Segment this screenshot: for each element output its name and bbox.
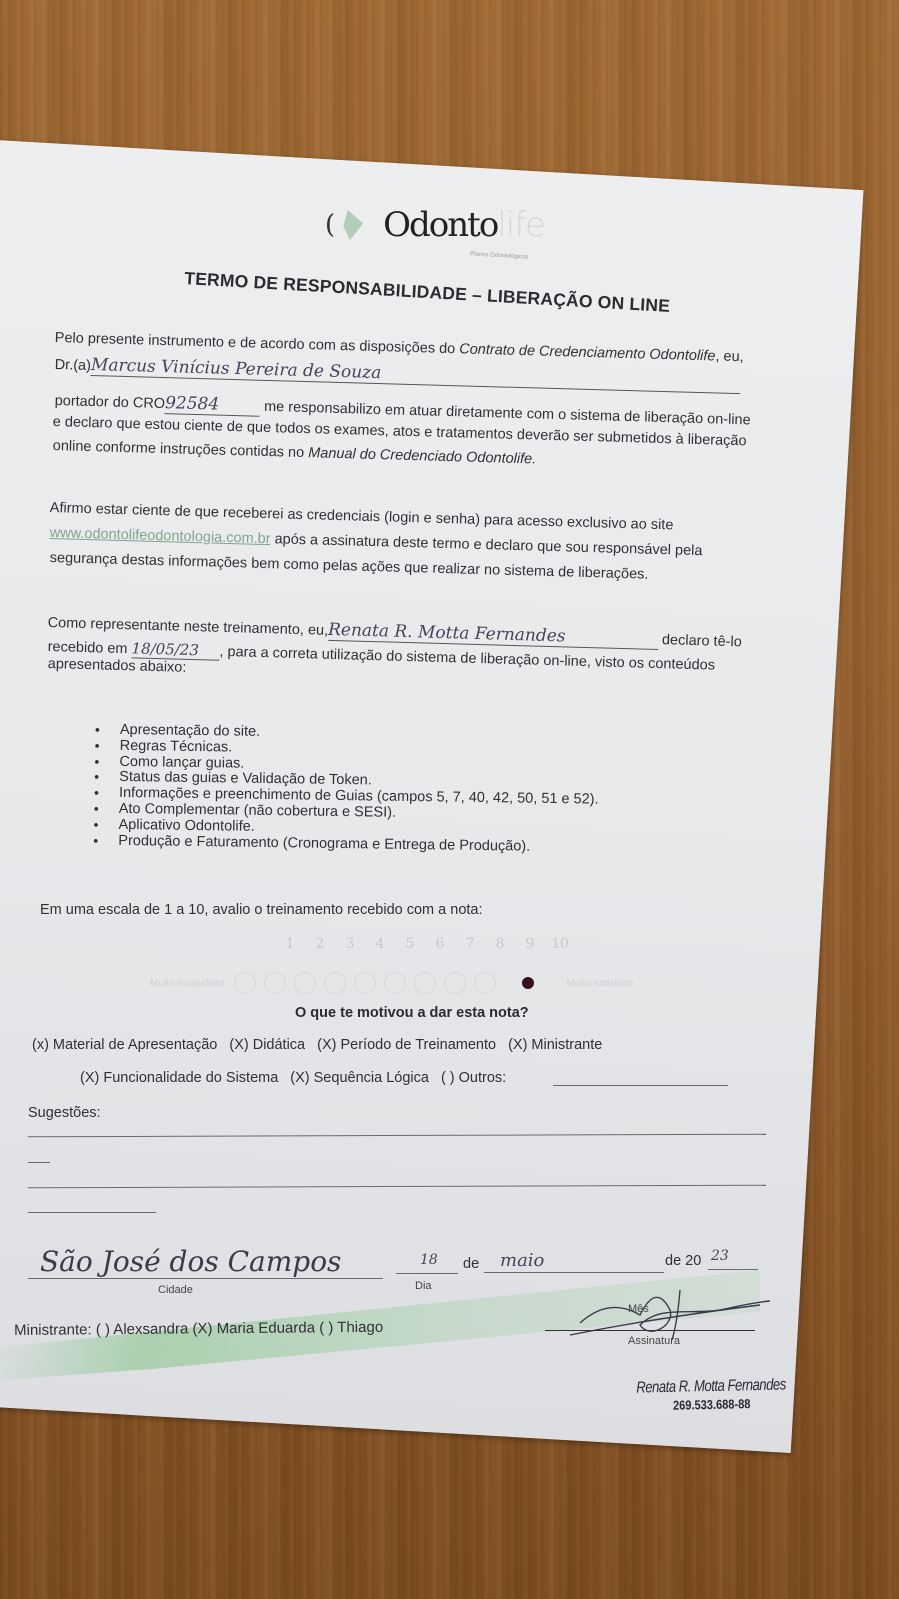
- p1-text-end: , eu,: [715, 348, 744, 365]
- document: ( Odontolife Planos Odontológicos TERMO …: [0, 0, 899, 1599]
- received-date-field[interactable]: 18/05/23: [131, 639, 219, 660]
- stamp-cpf: 269.533.688-88: [673, 1396, 751, 1413]
- rating-prompt: Em uma escala de 1 a 10, avalio o treina…: [40, 902, 483, 918]
- rating-option-6[interactable]: [384, 972, 406, 994]
- signature-line: [545, 1330, 755, 1331]
- p1-line5: online conforme instruções contidas no M…: [53, 438, 537, 467]
- rating-number: 6: [425, 936, 455, 952]
- rating-circles: [234, 972, 552, 994]
- logo-tagline: Planos Odontológicos: [470, 251, 529, 260]
- rating-number: 1: [275, 936, 305, 952]
- year-field[interactable]: 23: [711, 1248, 729, 1264]
- year-line: [708, 1269, 758, 1270]
- odontolife-logo: ( Odontolife: [325, 205, 545, 245]
- rating-option-7[interactable]: [414, 972, 436, 994]
- signature-label: Assinatura: [628, 1335, 680, 1347]
- rating-option-10[interactable]: [522, 977, 534, 989]
- p1-line5-text: online conforme instruções contidas no: [53, 438, 309, 461]
- rating-option-3[interactable]: [294, 972, 316, 994]
- suggestions-line-2-tail: [28, 1212, 156, 1213]
- motivation-checkbox[interactable]: ( ) Outros:: [441, 1070, 506, 1086]
- ministrante-option[interactable]: ( ) Thiago: [319, 1319, 383, 1337]
- ministrante-row: Ministrante: ( ) Alexsandra (X) Maria Ed…: [14, 1319, 383, 1339]
- city-label: Cidade: [158, 1284, 193, 1296]
- rating-number: 7: [455, 936, 485, 952]
- doctor-prefix: Dr.(a): [54, 357, 91, 374]
- rating-number: 3: [335, 936, 365, 952]
- cro-number-field[interactable]: 92584: [165, 393, 261, 417]
- rating-option-4[interactable]: [324, 972, 346, 994]
- page-title: TERMO DE RESPONSABILIDADE – LIBERAÇÃO ON…: [184, 268, 671, 317]
- month-line: [484, 1272, 664, 1273]
- suggestions-line-2[interactable]: [28, 1185, 766, 1189]
- rating-min-label: Muito insatisfeito: [150, 978, 224, 989]
- representative-stamp: Renata R. Motta Fernandes 269.533.688-88: [620, 1376, 803, 1416]
- motivation-row-2: (X) Funcionalidade do Sistema(X) Sequênc…: [80, 1070, 518, 1086]
- topics-list: Apresentação do site. Regras Técnicas. C…: [53, 722, 599, 856]
- rating-option-9[interactable]: [474, 972, 496, 994]
- logo-brand-suffix: life: [497, 205, 545, 245]
- rating-scale: Muito insatisfeito Muito satisfeito: [150, 972, 633, 994]
- rating-number: 10: [545, 936, 575, 952]
- p2-line2-text: após a assinatura deste termo e declaro …: [270, 531, 702, 559]
- motivation-checkbox[interactable]: (X) Período de Treinamento: [317, 1037, 496, 1053]
- month-field[interactable]: maio: [500, 1250, 544, 1271]
- p3-text-end: declaro tê-lo: [658, 632, 742, 650]
- rating-max-label: Muito satisfeito: [566, 978, 633, 989]
- day-field[interactable]: 18: [420, 1252, 438, 1268]
- logo-brand: Odonto: [383, 205, 497, 245]
- rating-scale-numbers: 12345678910: [275, 936, 575, 952]
- motivation-row-1: (x) Material de Apresentação(X) Didática…: [32, 1037, 614, 1053]
- received-prefix: recebido em: [47, 639, 131, 657]
- rating-number: 2: [305, 936, 335, 952]
- rating-option-8[interactable]: [444, 972, 466, 994]
- city-line: [28, 1278, 383, 1279]
- ministrante-label: Ministrante:: [14, 1321, 92, 1339]
- p1-text: Pelo presente instrumento e de acordo co…: [55, 330, 460, 357]
- suggestions-label: Sugestões:: [28, 1105, 101, 1121]
- manual-name: Manual do Credenciado Odontolife.: [308, 445, 536, 467]
- motivation-checkbox[interactable]: (X) Sequência Lógica: [290, 1070, 429, 1086]
- website-link[interactable]: www.odontolifeodontologia.com.br: [50, 525, 271, 547]
- motivation-checkbox[interactable]: (x) Material de Apresentação: [32, 1037, 217, 1053]
- others-field-line[interactable]: [553, 1085, 728, 1086]
- ministrante-option[interactable]: ( ) Alexsandra: [96, 1320, 193, 1338]
- city-field[interactable]: São José dos Campos: [40, 1245, 341, 1278]
- leaf-icon: [341, 210, 363, 240]
- p3-line3: apresentados abaixo:: [48, 656, 187, 676]
- day-label: Dia: [415, 1280, 432, 1292]
- p3-text: Como representante neste treinamento, eu…: [47, 615, 328, 639]
- year-prefix: de 20: [665, 1253, 701, 1269]
- de-text: de: [463, 1256, 479, 1272]
- rating-option-5[interactable]: [354, 972, 376, 994]
- suggestions-line-1[interactable]: [28, 1134, 766, 1138]
- rating-number: 8: [485, 936, 515, 952]
- motivation-checkbox[interactable]: (X) Funcionalidade do Sistema: [80, 1070, 278, 1086]
- rating-number: 5: [395, 936, 425, 952]
- motivation-checkbox[interactable]: (X) Didática: [229, 1037, 305, 1053]
- cro-prefix: portador do CRO: [54, 393, 165, 412]
- contract-name: Contrato de Credenciamento Odontolife: [459, 341, 716, 364]
- rating-option-1[interactable]: [234, 972, 256, 994]
- ministrante-option[interactable]: (X) Maria Eduarda: [192, 1319, 319, 1337]
- rating-number: 4: [365, 936, 395, 952]
- motivation-question: O que te motivou a dar esta nota?: [295, 1005, 529, 1021]
- suggestions-line-1-tail: [28, 1162, 50, 1163]
- motivation-checkbox[interactable]: (X) Ministrante: [508, 1037, 602, 1053]
- rating-option-2[interactable]: [264, 972, 286, 994]
- stamp-name: Renata R. Motta Fernandes: [636, 1376, 786, 1397]
- rating-number: 9: [515, 936, 545, 952]
- day-line: [396, 1273, 458, 1274]
- logo-paren-icon: (: [325, 210, 335, 240]
